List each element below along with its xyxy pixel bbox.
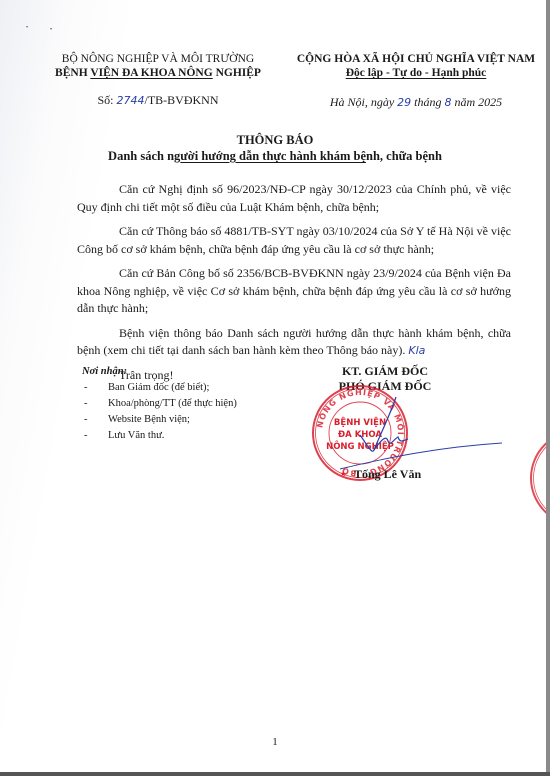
- paragraph: Căn cứ Bản Công bố số 2356/BCB-BVĐKNN ng…: [77, 265, 511, 318]
- national-header: CỘNG HÒA XÃ HỘI CHỦ NGHĨA VIỆT NAM Độc l…: [282, 52, 550, 110]
- recipient-item: -Khoa/phòng/TT (để thực hiện): [82, 396, 282, 412]
- scan-speck: •: [50, 27, 52, 33]
- recipient-item: -Ban Giám đốc (để biết);: [82, 380, 282, 396]
- document-title: THÔNG BÁO Danh sách người hướng dẫn thực…: [60, 132, 490, 164]
- scan-edge-bottom: [0, 772, 550, 776]
- recipients-list: -Ban Giám đốc (để biết); -Khoa/phòng/TT …: [82, 380, 282, 444]
- signature-scrawl-icon: [330, 395, 505, 475]
- title-subject: Danh sách người hướng dẫn thực hành khám…: [60, 148, 490, 164]
- country-name: CỘNG HÒA XÃ HỘI CHỦ NGHĨA VIỆT NAM: [282, 52, 550, 66]
- scan-speck: •: [26, 25, 28, 31]
- national-motto: Độc lập - Tự do - Hạnh phúc: [282, 66, 550, 80]
- paragraph: Căn cứ Nghị định số 96/2023/NĐ-CP ngày 3…: [77, 181, 511, 216]
- signer-name: Tống Lê Văn: [354, 467, 421, 482]
- document-page: • • BỘ NÔNG NGHIỆP VÀ MÔI TRƯỜNG BỆNH VI…: [0, 0, 546, 772]
- issuing-authority: BỘ NÔNG NGHIỆP VÀ MÔI TRƯỜNG BỆNH VIỆN Đ…: [52, 52, 264, 108]
- signer-authority: KT. GIÁM ĐỐC: [300, 364, 470, 379]
- recipient-item: -Website Bệnh viện;: [82, 412, 282, 428]
- ministry-name: BỘ NÔNG NGHIỆP VÀ MÔI TRƯỜNG: [52, 52, 264, 66]
- handwritten-number: 2744: [117, 94, 145, 107]
- recipients-title: Nơi nhận:: [82, 364, 282, 380]
- handwritten-initials: Kla: [408, 344, 425, 357]
- document-number: Số: 2744/TB-BVĐKNN: [52, 93, 264, 108]
- page-number: 1: [268, 736, 282, 748]
- paragraph: Bệnh viện thông báo Danh sách người hướn…: [77, 325, 511, 360]
- recipients-block: Nơi nhận: -Ban Giám đốc (để biết); -Khoa…: [82, 364, 282, 444]
- recipient-item: -Lưu Văn thư.: [82, 428, 282, 444]
- title-main: THÔNG BÁO: [60, 132, 490, 148]
- paragraph: Căn cứ Thông báo số 4881/TB-SYT ngày 03/…: [77, 223, 511, 258]
- issue-date: Hà Nội, ngày 29 tháng 8 năm 2025: [282, 95, 550, 110]
- scan-edge-right: [546, 0, 550, 776]
- document-body: Căn cứ Nghị định số 96/2023/NĐ-CP ngày 3…: [77, 181, 511, 391]
- hospital-name: BỆNH VIỆN ĐA KHOA NÔNG NGHIỆP: [52, 66, 264, 80]
